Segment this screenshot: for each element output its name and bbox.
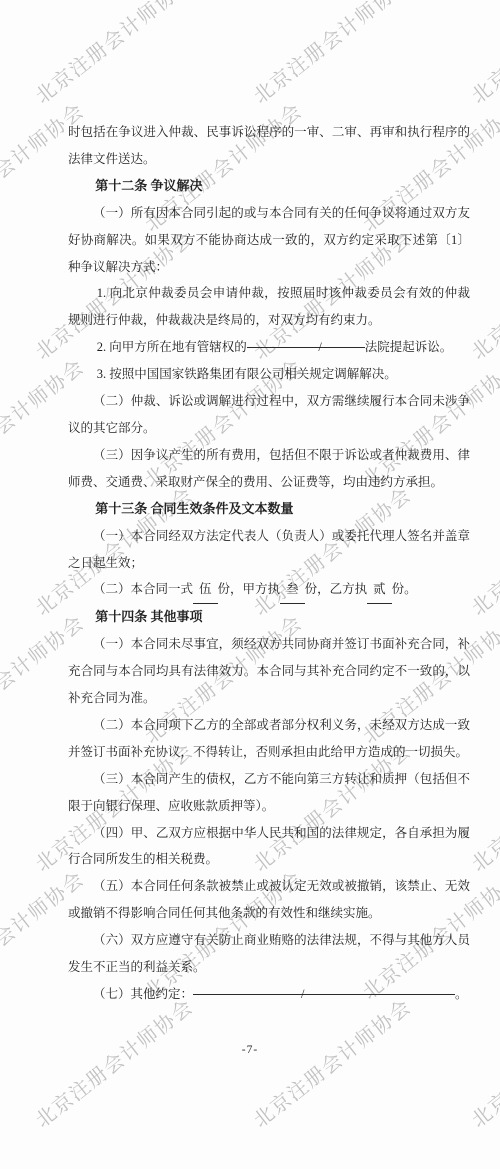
watermark-text: 北京注册会计师协会 [28,991,198,1133]
article12-clause-1: （一）所有因本合同引起的或与本合同有关的任何争议将通过双方友好协商解决。如果双方… [68,200,470,281]
article12-item-3: 3. 按照中国国家铁路集团有限公司相关规定调解解决。 [68,361,470,388]
page-number: -7- [0,1044,500,1056]
article12-clause-3: （三）因争议产生的所有费用，包括但不限于诉讼或者仲裁费用、律师费、交通费、采取财… [68,442,470,496]
article14-clause-7: （七）其他约定：/。 [68,981,470,1008]
article14-clause-5: （五）本合同任何条款被禁止或被认定无效或被撤销，该禁止、无效或撤销不得影响合同任… [68,873,470,927]
copies-seg-3: 份，乙方执 [305,582,368,596]
scanned-contract-page: 北京注册会计师协会北京注册会计师协会北京注册会计师协会北京注册会计师协会北京注册… [0,0,500,1169]
article14-clause-3: （三）本合同产生的债权，乙方不能向第三方转让和质押（包括但不限于向银行保理、应收… [68,766,470,820]
blank-slash: / [276,981,304,1008]
article12-item-1: 1. 向北京仲裁委员会申请仲裁，按照届时该仲裁委员会有效的仲裁规则进行仲裁，仲裁… [68,280,470,334]
court-clause-suffix: 法院提起诉讼。 [365,340,453,354]
heading-article-13: 第十三条 合同生效条件及文本数量 [68,496,470,523]
article14-clause-6: （六）双方应遵守有关防止商业贿赂的法律法规，不得与其他方人员发生不正当的利益关系… [68,927,470,981]
fill-in-blank-court: / [247,334,365,348]
watermark-text: 北京注册会计师协会 [246,991,416,1133]
copies-total-value: 伍 [193,576,218,604]
heading-article-14: 第十四条 其他事项 [68,604,470,631]
copies-seg-4: 份。 [392,582,417,596]
contract-body: 时包括在争议进入仲裁、民事诉讼程序的一审、二审、再审和执行程序的法律文件送达。 … [0,0,500,1008]
blank-slash: / [318,340,321,354]
copies-party-a-value: 叁 [280,576,305,604]
article13-clause-2: （二）本合同一式伍份，甲方执叁份，乙方执贰份。 [68,576,470,604]
other-agreements-period: 。 [455,987,468,1001]
article12-item-2: 2. 向甲方所在地有管辖权的/法院提起诉讼。 [68,334,470,361]
carryover-paragraph: 时包括在争议进入仲裁、民事诉讼程序的一审、二审、再审和执行程序的法律文件送达。 [68,119,470,173]
copies-seg-2: 份，甲方执 [218,582,281,596]
article13-clause-1: （一）本合同经双方法定代表人（负责人）或委托代理人签名并盖章之日起生效； [68,523,470,577]
article14-clause-4: （四）甲、乙双方应根据中华人民共和国的法律规定，各自承担为履行合同所发生的相关税… [68,820,470,874]
article14-clause-1: （一）本合同未尽事宜，须经双方共同协商并签订书面补充合同，补充合同与本合同均具有… [68,631,470,712]
other-agreements-label: （七）其他约定： [93,987,193,1001]
court-clause-prefix: 2. 向甲方所在地有管辖权的 [97,340,247,354]
copies-seg-1: （二）本合同一式 [93,582,193,596]
fill-in-blank-other-agreements: / [193,981,455,995]
article14-clause-2: （二）本合同项下乙方的全部或者部分权利义务，未经双方达成一致并签订书面补充协议，… [68,712,470,766]
watermark-text: 北京注册会计师协会 [464,991,500,1133]
article12-clause-2: （二）仲裁、诉讼或调解进行过程中，双方需继续履行本合同未涉争议的其它部分。 [68,388,470,442]
heading-article-12: 第十二条 争议解决 [68,173,470,200]
copies-party-b-value: 贰 [367,576,392,604]
